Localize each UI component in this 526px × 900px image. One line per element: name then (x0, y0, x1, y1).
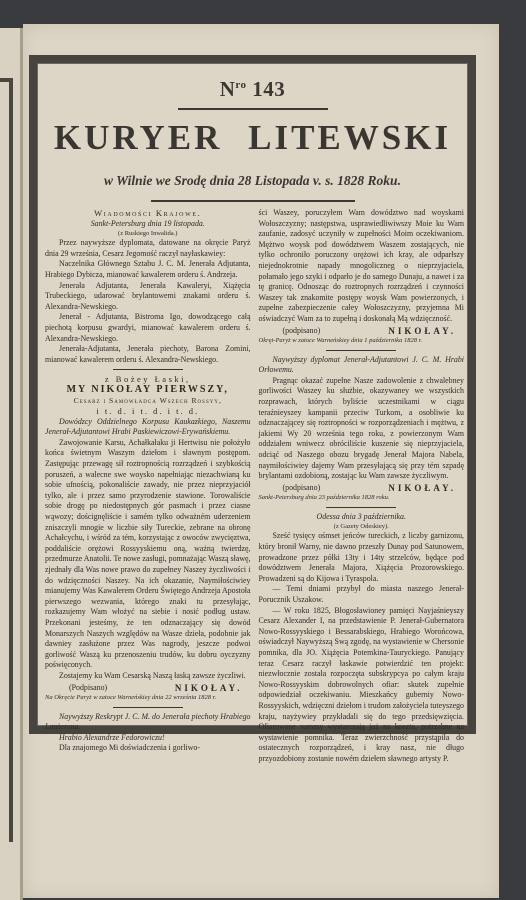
section-heading: Wiadomości Krajowe. (45, 208, 251, 219)
newspaper-page: Nro 143 KURYER LITEWSKI w Wilnie we Srod… (23, 24, 499, 898)
rescript-heading: Naywyższy Reskrypt J. C. M. do Jenerała … (45, 712, 251, 733)
divider (113, 707, 183, 708)
diploma-heading: Naywyższy dyplomat Jenerał-Adjutantowi J… (259, 355, 465, 376)
dispatch-source: (z Ruskiego Inwalida.) (45, 229, 251, 238)
left-column: Wiadomości Krajowe. Sankt-Petersburg dni… (45, 208, 251, 765)
dateline: w Wilnie we Srodę dnia 28 Listopada v. s… (37, 173, 468, 189)
signed-place: Sankt-Petersburg dnia 23 października 18… (259, 494, 465, 503)
paragraph: Naczelnika Głównego Sztabu J. C. M. Jene… (45, 259, 251, 280)
proclamation-line: MY NIKOŁAY PIERWSZY, (45, 385, 251, 396)
paragraph: Pragnąc okazać zupełne Nasze zadowolenie… (259, 376, 465, 482)
divider (113, 369, 183, 370)
paragraph: Jenerała Adjutanta, Jenerała Kawaleryi, … (45, 281, 251, 313)
page-frame: Nro 143 KURYER LITEWSKI w Wilnie we Srod… (29, 55, 476, 734)
paragraph: Zostajemy ku Wam Cesarską Naszą łaską za… (45, 671, 251, 682)
previous-page-border (0, 78, 13, 842)
signature: (podpisano)NIKOŁAY. (259, 482, 465, 495)
signed-place: Okręt-Paryż w zatoce Warneńskiey dnia 1 … (259, 337, 465, 346)
dispatch-place: Odessa dnia 3 października. (259, 512, 465, 523)
signed-place: Na Okręcie Paryż w zatoce Warneńskiey dn… (45, 694, 251, 703)
paragraph: Jenerał - Adjutanta, Bistroma Igo, dowod… (45, 312, 251, 344)
paragraph: ści Waszey, poruczyłem Wam dowództwo nad… (259, 208, 465, 325)
newspaper-title: KURYER LITEWSKI (37, 120, 468, 155)
address: Dowódzcy Oddzielnego Korpusu Kaukazkiego… (45, 417, 251, 438)
paragraph: Zawojowanie Karsu, Achałkałaku ji Hertwi… (45, 438, 251, 671)
proclamation-line: i t. d. i t. d. i t. d. (45, 406, 251, 417)
proclamation-line: Cesarz i Samowładca Wszech Rossyy, (45, 396, 251, 407)
article-columns: Wiadomości Krajowe. Sankt-Petersburg dni… (37, 208, 468, 765)
divider (326, 507, 396, 508)
dispatch-place: Sankt-Petersburg dnia 19 listopada. (45, 219, 251, 230)
paragraph: — Temi dniami przybył do miasta naszego … (259, 584, 465, 605)
paragraph: Przez naywyższe dyplomata, datowane na o… (45, 238, 251, 259)
masthead: Nro 143 KURYER LITEWSKI w Wilnie we Srod… (37, 77, 468, 202)
paragraph: Sześć tysięcy ośmset jeńców tureckich, z… (259, 531, 465, 584)
divider (178, 108, 328, 110)
signature: (Podpisano)NIKOŁAY. (45, 682, 251, 695)
rescript-salutation: Hrabio Alexandrze Fedorowiczu! (45, 733, 251, 744)
paragraph: — W roku 1825, Błogosławioney pamięci Na… (259, 606, 465, 765)
paragraph: Jenerała-Adjutanta, Jenerała piechoty, B… (45, 344, 251, 365)
divider (151, 200, 355, 202)
issue-number: Nro 143 (37, 77, 468, 102)
previous-page-edge (0, 28, 22, 900)
signature: (podpisano)NIKOŁAY. (259, 325, 465, 338)
dispatch-source: (z Gazety Odeskiey). (259, 522, 465, 531)
right-column: ści Waszey, poruczyłem Wam dowództwo nad… (259, 208, 465, 765)
paragraph: Dla znajomego Mi doświadczenia i gorliwo… (45, 743, 251, 754)
divider (326, 350, 396, 351)
